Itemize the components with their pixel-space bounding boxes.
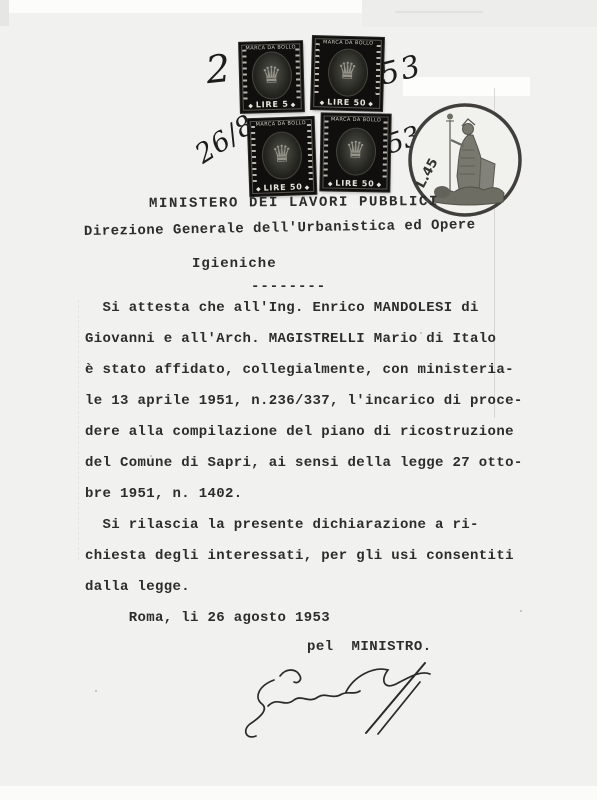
body-line: Si rilascia la presente dichiarazione a …	[85, 510, 523, 541]
stamp-perforation	[314, 43, 319, 96]
stamp-perforation	[324, 120, 329, 177]
stamp-title: MARCA DA BOLLO	[248, 120, 314, 128]
revenue-stamp: MARCA DA BOLLO ♛ LIRE 50	[311, 36, 384, 111]
stamp-oval: ♛	[251, 51, 292, 100]
scan-edge-bottom	[0, 786, 597, 800]
ministry-title: MINISTERO DEI LAVORI PUBBLICI	[149, 194, 439, 212]
crowned-head-icon: ♛	[271, 143, 292, 167]
body-line: è stato affidato, collegialmente, con mi…	[85, 355, 523, 386]
scan-smudge	[395, 11, 483, 13]
revenue-stamp: MARCA DA BOLLO ♛ LIRE 5	[239, 41, 304, 113]
body-line: dere alla compilazione del piano di rico…	[85, 417, 523, 448]
body-line: Giovanni e all'Arch. MAGISTRELLI Mario d…	[85, 324, 523, 355]
directorate-line: Direzione Generale dell'Urbanistica ed O…	[84, 217, 476, 240]
document-body: Si attesta che all'Ing. Enrico MANDOLESI…	[85, 293, 523, 634]
body-line: le 13 aprile 1951, n.236/337, l'incarico…	[85, 386, 523, 417]
revenue-stamp: MARCA DA BOLLO ♛ LIRE 50	[248, 117, 317, 196]
stamp-perforation	[295, 48, 300, 98]
body-line: bre 1951, n. 1402.	[85, 479, 523, 510]
scan-corner-mark	[0, 0, 9, 26]
stamp-denomination: LIRE 50	[250, 182, 316, 193]
stamp-title: MARCA DA BOLLO	[322, 116, 391, 123]
body-line: del Comune di Sapri, ai sensi della legg…	[85, 448, 523, 479]
handwritten-date-mark: 2	[204, 49, 232, 89]
stamp-denomination: LIRE 50	[311, 97, 382, 108]
stamp-title: MARCA DA BOLLO	[313, 39, 384, 47]
stamp-perforation	[307, 124, 313, 181]
scan-edge-top	[0, 0, 362, 13]
crowned-head-icon: ♛	[261, 64, 282, 88]
crowned-head-icon: ♛	[345, 139, 366, 162]
stamp-oval: ♛	[327, 48, 368, 97]
minister-signature	[228, 650, 458, 755]
stamp-oval: ♛	[335, 127, 376, 176]
stamp-perforation	[242, 50, 247, 100]
stamp-denomination: LIRE 50	[320, 178, 389, 188]
scan-shade-topright	[362, 0, 597, 27]
crowned-head-icon: ♛	[337, 60, 358, 84]
dateline: Roma, li 26 agosto 1953	[85, 603, 523, 634]
stamp-denomination: LIRE 5	[241, 99, 304, 110]
body-line: dalla legge.	[85, 572, 523, 603]
stamp-oval: ♛	[261, 130, 303, 179]
directorate-line2: Igieniche	[192, 256, 277, 272]
paper-speck	[95, 690, 97, 692]
scanned-document-page: MARCA DA BOLLO ♛ LIRE 5 MARCA DA BOLLO ♛…	[0, 0, 597, 800]
faint-margin-line	[78, 300, 79, 560]
body-line: chiesta degli interessati, per gli usi c…	[85, 541, 523, 572]
revenue-stamp: MARCA DA BOLLO ♛ LIRE 50	[320, 113, 390, 191]
body-line: Si attesta che all'Ing. Enrico MANDOLESI…	[85, 293, 523, 324]
